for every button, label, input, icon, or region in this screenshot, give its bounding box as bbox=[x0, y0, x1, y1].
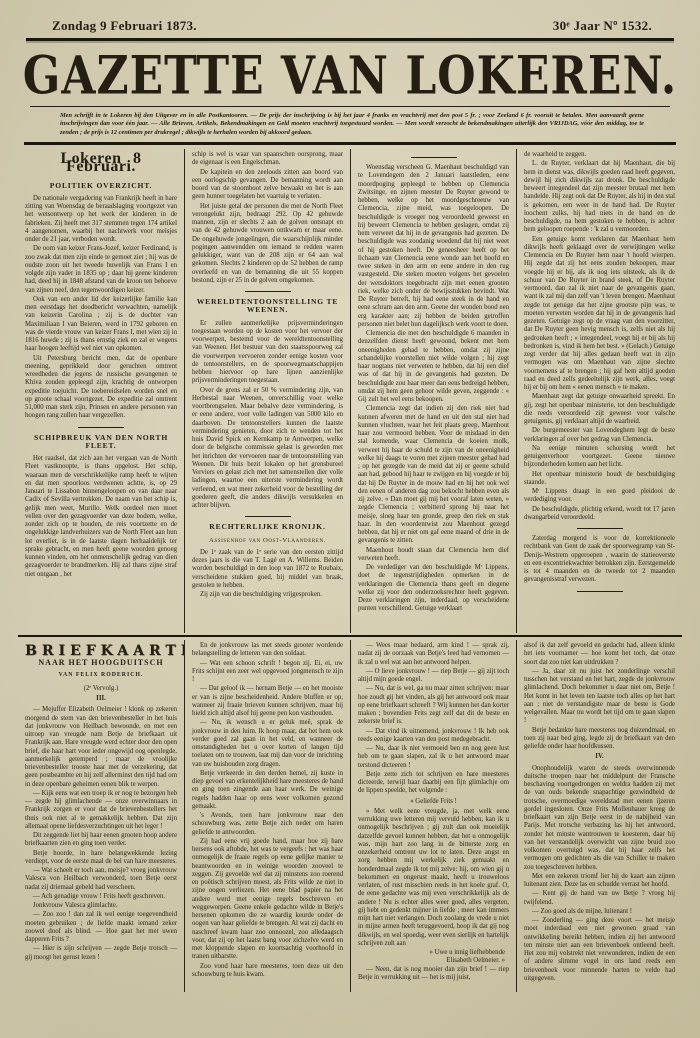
feuilleton-column-1: BRIEFKAARTENNAAR HET HOOGDUITSCHVAN FELI… bbox=[18, 640, 184, 992]
paragraph: En de jonkvrouw las met steeds grooter w… bbox=[192, 642, 343, 659]
paragraph: — Ach genadige vrouw ! Frits heeft gesch… bbox=[25, 893, 177, 901]
paragraph: IV. bbox=[524, 753, 675, 761]
paragraph: — Nu, ik wensch u er geluk meê, sprak de… bbox=[192, 719, 343, 769]
page-topbar: Zondag 9 Februari 1873. 30ᵉ Jaar Nº 1532… bbox=[0, 0, 700, 36]
news-column-1: Lokeren 8 Februari.POLITIEK OVERZICHT.De… bbox=[18, 149, 184, 633]
paragraph: 's Avonds, toen hare jonkvrouw naar den … bbox=[192, 812, 343, 837]
feuilleton-section: BRIEFKAARTENNAAR HET HOOGDUITSCHVAN FELI… bbox=[0, 640, 700, 992]
article-divider bbox=[245, 516, 291, 517]
paragraph: Betje hoorde, in hare belangwekkende lez… bbox=[25, 850, 177, 867]
paragraph: Maenhout houdt staan dat Clemencia hem d… bbox=[358, 547, 509, 564]
paragraph: De kapitein en den zeeloods zitten aan b… bbox=[192, 169, 343, 202]
paragraph: Zij had eene vrij goede hand, maar hoe z… bbox=[192, 838, 343, 962]
paragraph: — Zoo goed als de mijne, luitenant ! bbox=[524, 908, 675, 916]
paragraph: Er zullen aanmerkelijke prijsverminderin… bbox=[192, 320, 343, 386]
paragraph: Elisabeth Oelmeier. » bbox=[358, 957, 505, 965]
article-heading-politiek-overzicht: POLITIEK OVERZICHT. bbox=[25, 182, 177, 190]
article-heading-rechterlijke-kronijk: RECHTERLIJKE KRONIJK. bbox=[192, 523, 343, 531]
article-divider bbox=[411, 157, 457, 158]
paragraph: Betje verkeerde in den derden hemel, zij… bbox=[192, 770, 343, 811]
paragraph: » Met welk eene vreugde, ja, met welk ee… bbox=[358, 808, 509, 948]
news-column-2: schip is wel is waar van spaanschen oors… bbox=[184, 149, 350, 633]
paragraph: Zij zijn van die beschuldiging vrijgespr… bbox=[192, 591, 343, 599]
paragraph: Clemencia die met den beschuldigde 6 maa… bbox=[358, 330, 509, 404]
feuilleton-column-2: En de jonkvrouw las met steeds grooter w… bbox=[184, 640, 350, 992]
paragraph: De burgemeester van Lovendeghem legt de … bbox=[524, 427, 675, 444]
news-column-3: Woensdag verscheen G. Maenhaut beschuldi… bbox=[350, 149, 516, 633]
paragraph: — Wat een schoon schrift ! begon zij. Ei… bbox=[192, 660, 343, 685]
subscription-notice: Men schrijft in te Lokeren bij den Uitge… bbox=[0, 107, 700, 141]
article-divider bbox=[78, 427, 124, 428]
paragraph: Zaterdag morgend is voor de korrektionee… bbox=[524, 535, 675, 585]
feuilleton-column-4: alsof ik dat zelf gevoeld en gedacht had… bbox=[516, 640, 682, 992]
paragraph: — Zonderling — ging deze voort — het mei… bbox=[524, 917, 675, 983]
paragraph: De beschuldigde, plichtig erkend, wordt … bbox=[524, 506, 675, 523]
paragraph: De 1ᵉ zaak van de 1ᵉ serie van den eerst… bbox=[192, 549, 343, 590]
news-column-4: de waarheid te zeggen.L. de Ruyter, verk… bbox=[516, 149, 682, 633]
edition-dateline: Lokeren 8 Februari. bbox=[25, 155, 177, 172]
paragraph: Het juiste getal der personen die met de… bbox=[192, 203, 343, 286]
paragraph: Uit Petersburg bericht men, dat de openb… bbox=[25, 355, 177, 421]
article-heading-wereldtentoonstelling: WERELDTENTOONSTELLING TE WEENEN. bbox=[192, 298, 343, 315]
paragraph: De oom van keizer Frans-Jozef, keizer Fe… bbox=[25, 245, 177, 295]
paragraph: — Dat geloof ik — hernam Betje — en het … bbox=[192, 685, 343, 718]
paragraph: Zoo vond haar hare meesteres, toen deze … bbox=[192, 963, 343, 980]
paragraph: — O lieve jonkvrouw ! — riep Betje — gij… bbox=[358, 668, 509, 685]
paragraph: — Ja, daar zit nu juist het zonderlinge … bbox=[524, 668, 675, 726]
news-section: Lokeren 8 Februari.POLITIEK OVERZICHT.De… bbox=[0, 149, 700, 633]
feuilleton-subtitle: NAAR HET HOOGDUITSCH bbox=[25, 659, 177, 667]
masthead-title: GAZETTE VAN LOKEREN. bbox=[0, 46, 700, 106]
paragraph: Een getuige komt verklaren dat Maenhaut … bbox=[524, 236, 675, 393]
article-subheading-assisenhof: Assisenhof van Oost-Vlaanderen. bbox=[192, 537, 343, 545]
paragraph: alsof ik dat zelf gevoeld en gedacht had… bbox=[524, 642, 675, 667]
paragraph: Het raadsel, dat zich aan het vergaan va… bbox=[25, 455, 177, 579]
paragraph: Maenhaut zegt dat getuige onwaarheid spr… bbox=[524, 393, 675, 426]
paragraph: — Hier is zijn schrijven — zegde Betje t… bbox=[25, 945, 177, 962]
paragraph: « Geliefde Frits ! bbox=[358, 798, 509, 806]
newspaper-page: Zondag 9 Februari 1873. 30ᵉ Jaar Nº 1532… bbox=[0, 0, 700, 1038]
paragraph: — Kijk eens wat een troep ik er nog te b… bbox=[25, 790, 177, 831]
article-heading-schipbreuk: SCHIPBREUK VAN DEN NORTH FLEET. bbox=[25, 434, 177, 451]
feuilleton-author: VAN FELIX RODERICH. bbox=[25, 671, 177, 679]
article-divider bbox=[245, 291, 291, 292]
paragraph: Clemencia zegt dat indien zij den riek n… bbox=[358, 405, 509, 545]
feuilleton-rule bbox=[18, 635, 682, 637]
paragraph: Jonkvrouw Valesca glimlachte. bbox=[25, 902, 177, 910]
paragraph: Het openbaar ministerie houdt de beschul… bbox=[524, 471, 675, 488]
paragraph: — Kent gij de hand van uw Betje ? vroeg … bbox=[524, 890, 675, 907]
paragraph: Betje zette zich tot schrijven en hare m… bbox=[358, 771, 509, 796]
article-divider bbox=[577, 591, 623, 592]
paragraph: — Wat scheelt er toch aan, meisje? vroeg… bbox=[25, 867, 177, 892]
paragraph: (2ᵉ Vervolg.) bbox=[25, 685, 177, 693]
feuilleton-title: BRIEFKAARTEN bbox=[25, 647, 177, 655]
paragraph: — Zoo zoo ! dan zal ik wel eenige toegev… bbox=[25, 911, 177, 944]
paragraph: De nationale vergadering van Frankrijk h… bbox=[25, 195, 177, 245]
issue-number: 30ᵉ Jaar Nº 1532. bbox=[553, 18, 652, 34]
edition-date: Zondag 9 Februari 1873. bbox=[52, 18, 197, 34]
notice-rule bbox=[24, 142, 676, 145]
paragraph: Mʳ Lippens draagt in een goed pleidooi d… bbox=[524, 488, 675, 505]
paragraph: — Nu, daar ik niet vermoeid ben en nog g… bbox=[358, 745, 509, 770]
paragraph: III. bbox=[25, 695, 177, 703]
paragraph: — Neen, dat is nog mooier dan zijn brief… bbox=[358, 966, 509, 983]
paragraph: schip is wel is waar van spaanschen oors… bbox=[192, 151, 343, 168]
header-rule bbox=[26, 38, 674, 41]
paragraph: Ook van een ander lid der keizerlijke fa… bbox=[25, 296, 177, 354]
paragraph: — Mejuffer Elizabeth Oelmeier ! klonk op… bbox=[25, 706, 177, 789]
paragraph: Onophoudelijk waren de steeds overwinnen… bbox=[524, 765, 675, 872]
paragraph: L. de Ruyter, verklaart dat hij Maenhaut… bbox=[524, 160, 675, 234]
article-divider bbox=[577, 528, 623, 529]
paragraph: Over de grens zal er 50 % vermindering z… bbox=[192, 387, 343, 511]
paragraph: Woensdag verscheen G. Maenhaut beschuldi… bbox=[358, 164, 509, 329]
paragraph: — Wees maar bedaard, arm kind ! — sprak … bbox=[358, 642, 509, 667]
paragraph: Met een zekeren triomf liet hij de kaart… bbox=[524, 873, 675, 890]
paragraph: Na eenige minuten schorsing wordt het ge… bbox=[524, 445, 675, 470]
feuilleton-column-3: — Wees maar bedaard, arm kind ! — sprak … bbox=[350, 640, 516, 992]
paragraph: Betje bedankte hare meesteres nog duizen… bbox=[524, 727, 675, 752]
paragraph: de waarheid te zeggen. bbox=[524, 151, 675, 159]
paragraph: » Uwe u innig liefhebbende bbox=[358, 949, 505, 957]
paragraph: Dit zeggende liet hij haar eenen grooten… bbox=[25, 832, 177, 849]
paragraph: De verdediger van den beschuldigde Mʳ Li… bbox=[358, 564, 509, 614]
paragraph: — Nu, dat is wel, ga nu maar zitten schr… bbox=[358, 685, 509, 726]
paragraph: — Dat vind ik uitnemend, jonkvrouw ! Ik … bbox=[358, 728, 509, 745]
